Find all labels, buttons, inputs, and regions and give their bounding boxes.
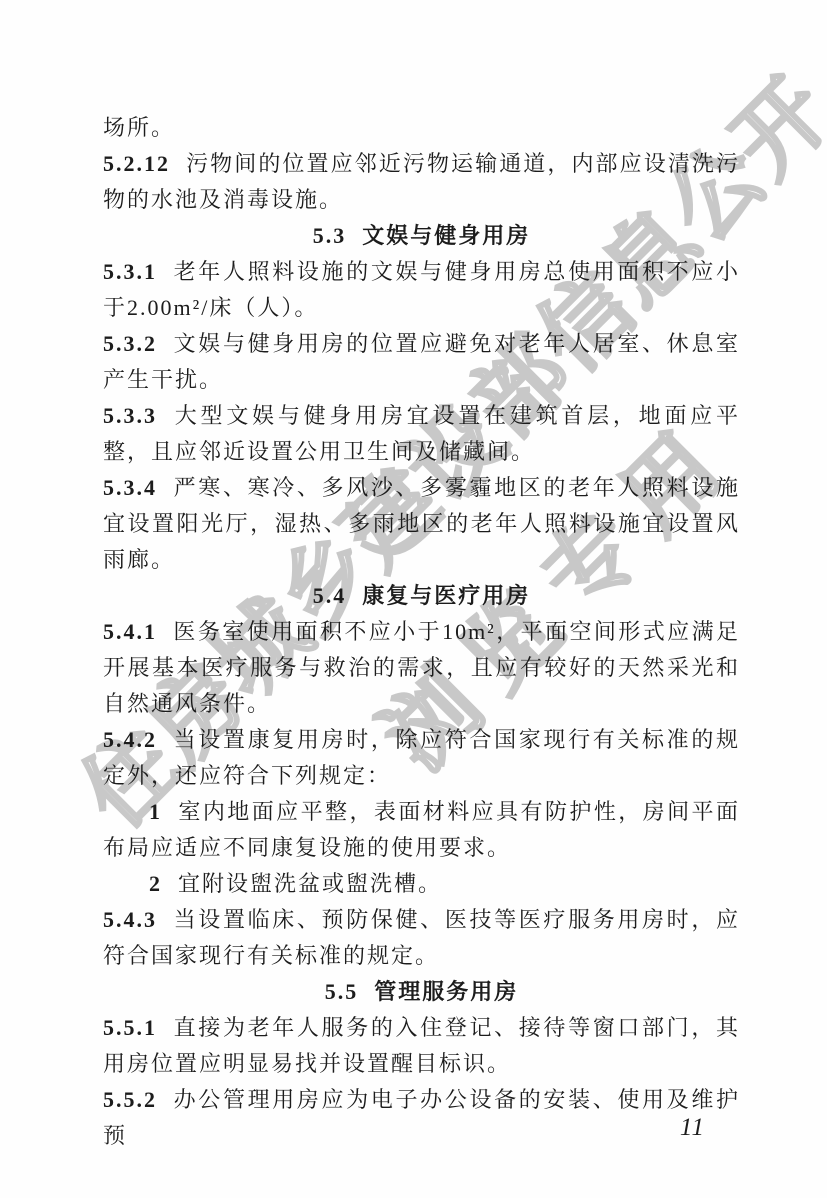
paragraph-text: 场所。 — [103, 115, 175, 140]
clause-number: 5.5.1 — [103, 1015, 157, 1040]
page-number: 11 — [680, 1114, 705, 1142]
clause-text: 严寒、寒冷、多风沙、多雾霾地区的老年人照料设施宜设置阳光厅，湿热、多雨地区的老年… — [103, 475, 740, 572]
document-page: 住房城乡建设部信息公开 浏览专用 场所。 5.2.12污物间的位置应邻近污物运输… — [0, 0, 827, 1198]
clause-5-3-2: 5.3.2文娱与健身用房的位置应避免对老年人居室、休息室产生干扰。 — [103, 326, 740, 398]
clause-5-4-2: 5.4.2当设置康复用房时，除应符合国家现行有关标准的规定外，还应符合下列规定： — [103, 722, 740, 794]
heading-number: 5.5 — [325, 979, 359, 1004]
clause-number: 5.4.2 — [103, 727, 157, 752]
clause-5-3-4: 5.3.4严寒、寒冷、多风沙、多雾霾地区的老年人照料设施宜设置阳光厅，湿热、多雨… — [103, 470, 740, 578]
clause-5-3-1: 5.3.1老年人照料设施的文娱与健身用房总使用面积不应小于2.00m²/床（人）… — [103, 254, 740, 326]
subitem-2: 2宜附设盥洗盆或盥洗槽。 — [103, 866, 740, 902]
clause-number: 5.4.3 — [103, 907, 157, 932]
section-heading-5-5: 5.5管理服务用房 — [103, 974, 740, 1010]
clause-text: 直接为老年人服务的入住登记、接待等窗口部门，其用房位置应明显易找并设置醒目标识。 — [103, 1015, 740, 1076]
heading-number: 5.3 — [313, 223, 347, 248]
section-heading-5-3: 5.3文娱与健身用房 — [103, 218, 740, 254]
clause-5-4-3: 5.4.3当设置临床、预防保健、医技等医疗服务用房时，应符合国家现行有关标准的规… — [103, 902, 740, 974]
heading-title: 管理服务用房 — [374, 979, 518, 1004]
clause-number: 5.3.2 — [103, 331, 157, 356]
clause-text: 医务室使用面积不应小于10m²，平面空间形式应满足开展基本医疗服务与救治的需求，… — [103, 619, 740, 716]
subitem-number: 2 — [149, 871, 162, 896]
clause-text: 污物间的位置应邻近污物运输通道，内部应设清洗污物的水池及消毒设施。 — [103, 151, 740, 212]
clause-text: 大型文娱与健身用房宜设置在建筑首层，地面应平整，且应邻近设置公用卫生间及储藏间。 — [103, 403, 740, 464]
page-content: 场所。 5.2.12污物间的位置应邻近污物运输通道，内部应设清洗污物的水池及消毒… — [103, 110, 740, 1154]
heading-title: 文娱与健身用房 — [362, 223, 530, 248]
clause-text: 老年人照料设施的文娱与健身用房总使用面积不应小于2.00m²/床（人）。 — [103, 259, 740, 320]
clause-text: 当设置康复用房时，除应符合国家现行有关标准的规定外，还应符合下列规定： — [103, 727, 740, 788]
clause-number: 5.5.2 — [103, 1087, 157, 1112]
clause-text: 文娱与健身用房的位置应避免对老年人居室、休息室产生干扰。 — [103, 331, 740, 392]
clause-5-2-12: 5.2.12污物间的位置应邻近污物运输通道，内部应设清洗污物的水池及消毒设施。 — [103, 146, 740, 218]
subitem-text: 宜附设盥洗盆或盥洗槽。 — [178, 871, 442, 896]
clause-number: 5.3.4 — [103, 475, 157, 500]
subitem-number: 1 — [149, 799, 162, 824]
clause-text: 办公管理用房应为电子办公设备的安装、使用及维护预 — [103, 1087, 740, 1148]
clause-number: 5.3.1 — [103, 259, 157, 284]
clause-5-4-1: 5.4.1医务室使用面积不应小于10m²，平面空间形式应满足开展基本医疗服务与救… — [103, 614, 740, 722]
clause-number: 5.3.3 — [103, 403, 157, 428]
clause-5-5-2: 5.5.2办公管理用房应为电子办公设备的安装、使用及维护预 — [103, 1082, 740, 1154]
subitem-1: 1室内地面应平整，表面材料应具有防护性，房间平面布局应适应不同康复设施的使用要求… — [103, 794, 740, 866]
clause-number: 5.4.1 — [103, 619, 157, 644]
subitem-text: 室内地面应平整，表面材料应具有防护性，房间平面布局应适应不同康复设施的使用要求。 — [103, 799, 740, 860]
clause-number: 5.2.12 — [103, 151, 170, 176]
continuation-paragraph: 场所。 — [103, 110, 740, 146]
section-heading-5-4: 5.4康复与医疗用房 — [103, 578, 740, 614]
heading-number: 5.4 — [313, 583, 347, 608]
clause-text: 当设置临床、预防保健、医技等医疗服务用房时，应符合国家现行有关标准的规定。 — [103, 907, 740, 968]
clause-5-5-1: 5.5.1直接为老年人服务的入住登记、接待等窗口部门，其用房位置应明显易找并设置… — [103, 1010, 740, 1082]
heading-title: 康复与医疗用房 — [362, 583, 530, 608]
clause-5-3-3: 5.3.3大型文娱与健身用房宜设置在建筑首层，地面应平整，且应邻近设置公用卫生间… — [103, 398, 740, 470]
